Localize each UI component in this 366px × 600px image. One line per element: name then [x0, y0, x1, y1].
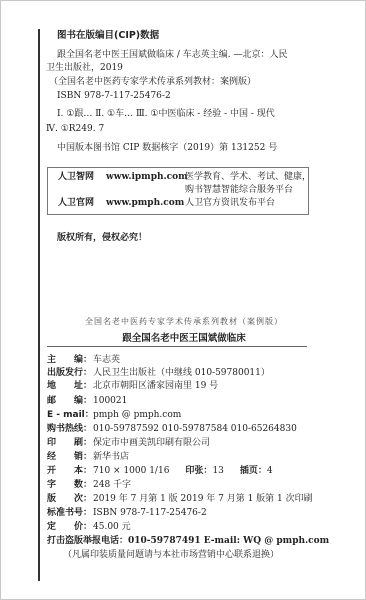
info-row: 字 数：248 千字 — [47, 480, 131, 491]
website-name: 人卫智网 — [58, 172, 94, 182]
cip-line: Ⅰ. ①跟… Ⅱ. ①车… Ⅲ. ①中医临床 - 经验 - 中国 - 现代 — [57, 109, 275, 120]
info-row: 经 销：新华书店 — [47, 452, 129, 463]
cip-line: （全国名老中医药专家学术传承系列教材：案例版） — [49, 77, 256, 88]
piracy-hotline: 打击盗版举报电话：010-59787491 E-mail: WQ @ pmph.… — [47, 536, 329, 547]
info-row: E - mail：pmph @ pmph.com — [47, 410, 181, 421]
cip-title: 图书在版编目(CIP)数据 — [57, 30, 159, 41]
series-title: 全国名老中医药专家学术传承系列教材（案例版） — [1, 316, 366, 327]
website-name: 人卫官网 — [58, 198, 94, 208]
info-row: 地 址：北京市朝阳区潘家园南里 19 号 — [47, 381, 218, 392]
rights-notice: 版权所有，侵权必究！ — [57, 233, 147, 244]
info-row: 标准书号：ISBN 978-7-117-25476-2 — [47, 508, 207, 519]
info-row: 开 本：710 × 1000 1/16印张：13插页：4 — [47, 466, 273, 477]
info-row: 邮 编：100021 — [47, 396, 127, 407]
info-row: 出版发行：人民卫生出版社（中继线 010-59780011） — [47, 368, 270, 379]
book-title: 跟全国名老中医王国斌做临床 — [1, 330, 366, 344]
copyright-page: 图书在版编目(CIP)数据 跟全国名老中医王国斌做临床 / 车志英主编. —北京… — [0, 0, 366, 600]
website-url[interactable]: www.ipmph.com — [106, 172, 188, 182]
website-box: 人卫智网 www.ipmph.com 医学教育、学术、考试、健康， 购书智慧智能… — [47, 167, 309, 215]
info-row: 购书热线：010-59787592 010-59787584 010-65264… — [47, 424, 297, 435]
info-row: 主 编：车志英 — [47, 355, 120, 366]
website-desc: 购书智慧智能综合服务平台 — [185, 185, 293, 195]
info-row: 印 刷：保定市中画美凯印刷有限公司 — [47, 438, 210, 449]
cip-line: 卫生出版社，2019 — [46, 63, 123, 74]
email-value: pmph @ pmph.com — [93, 410, 181, 420]
cip-line: 跟全国名老中医王国斌做临床 / 车志英主编. —北京：人民 — [57, 50, 287, 61]
info-row: 定 价：45.00 元 — [47, 522, 131, 533]
return-note: （凡属印装质量问题请与本社市场营销中心联系退换） — [63, 550, 279, 561]
website-url[interactable]: www.pmph.com — [106, 198, 184, 208]
divider — [47, 346, 307, 347]
left-rule — [38, 29, 40, 581]
website-desc: 人卫官方资讯发布平台 — [185, 198, 275, 208]
cip-isbn: ISBN 978-7-117-25476-2 — [57, 91, 171, 102]
info-row: 版 次：2019 年 7 月第 1 版 2019 年 7 月第 1 版第 1 次… — [47, 494, 313, 505]
website-desc: 医学教育、学术、考试、健康， — [185, 172, 311, 182]
cip-line: Ⅳ. ①R249. 7 — [46, 124, 104, 135]
cip-record: 中国版本图书馆 CIP 数据核字（2019）第 131252 号 — [57, 143, 277, 154]
